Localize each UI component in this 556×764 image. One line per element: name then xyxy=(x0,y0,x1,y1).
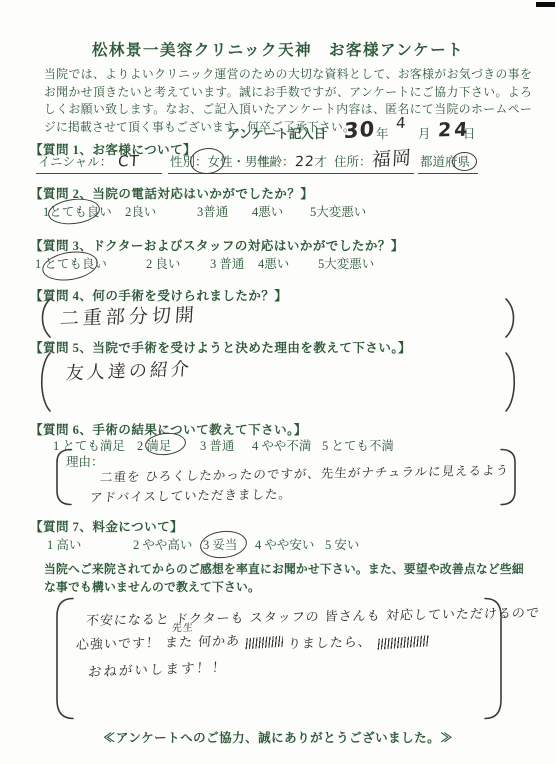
q4-left-bracket xyxy=(36,297,54,339)
q1-gender-female: 女性 xyxy=(208,155,233,169)
feedback-line2: 心強いです！ また 何かありましたら、 xyxy=(76,632,434,652)
q1-age-suffix: 才 xyxy=(314,155,327,169)
q6-reason-label: 理由： xyxy=(66,452,104,470)
feedback-line2-pre-handwriting: 心強いです！ また 何かあ xyxy=(75,630,240,653)
date-month-value: 4 xyxy=(395,114,407,132)
q7-option-1: 1 高い xyxy=(47,535,81,553)
q7-option-2: 2 やや高い xyxy=(133,535,192,553)
q5-right-bracket xyxy=(502,351,520,413)
feedback-line1-handwriting: 不安になると ドクターも スタッフの 皆さんも 対応していただけるので xyxy=(85,602,541,629)
q3-option-5: 5大変悪い xyxy=(318,254,374,272)
q2-heading: 【質問 2、当院の電話対応はいかがでしたか？】 xyxy=(30,184,313,202)
q3-option-2: 2 良い xyxy=(146,254,180,272)
q1-address-label: 住所： xyxy=(334,155,372,169)
q7-heading: 【質問 7、料金について】 xyxy=(30,517,183,535)
q5-left-bracket xyxy=(36,351,54,413)
q6-reason-line1-handwriting: 二重を ひろくしたかったのですが、先生がナチュラルに見えるよう xyxy=(99,460,510,485)
q7-options-row: 1 高い 2 やや高い 3 妥当 4 やや安い 5 安い xyxy=(0,535,556,557)
q6-option-5: 5 とても不満 xyxy=(322,436,394,454)
q1-age-value: 22 xyxy=(294,154,315,171)
q7-option-3: 3 妥当 xyxy=(203,535,237,553)
feedback-prompt: 当院へご来院されてからのご感想を率直にお聞かせ下さい。また、要望や改善点など些細… xyxy=(44,561,534,596)
q1-initial-value: CT xyxy=(112,151,155,170)
q3-heading: 【質問 3、ドクターおよびスタッフの対応はいかがでしたか？】 xyxy=(30,236,404,254)
q2-option-5: 5大変悪い xyxy=(310,202,366,220)
q1-pref-prefix: 都道府 xyxy=(420,155,458,169)
q2-option-2: 2良い xyxy=(125,202,156,220)
q1-address-value: 福岡 xyxy=(371,143,412,172)
date-day-suffix: 日 xyxy=(463,124,476,142)
feedback-strikethrough-scribble-1 xyxy=(245,636,284,650)
q3-options-row: 1 とても良い 2 良い 3 普通 4悪い 5大変悪い xyxy=(0,254,556,276)
q3-option-1: 1 とても良い xyxy=(35,254,107,272)
footer-thanks: ≪アンケートへのご協力、誠にありがとうございました。≫ xyxy=(0,728,556,746)
q2-option-4: 4悪い xyxy=(252,202,283,220)
q3-option-3: 3 普通 xyxy=(210,254,244,272)
q2-option-3: 3普通 xyxy=(197,202,228,220)
q6-option-2: 2 満足 xyxy=(137,436,171,454)
scan-corner-mark xyxy=(536,2,555,7)
q1-initial-label: イニシャル： xyxy=(38,155,112,169)
q1-fields-row: イニシャル：CT 性別：女性・男性 年齢：22才 住所： 福岡 都道府県 xyxy=(0,152,556,176)
date-label: アンケート記入日 xyxy=(227,124,326,142)
survey-scan-page: 松林景一美容クリニック天神 お客様アンケート 当院では、よりよいクリニック運営の… xyxy=(0,0,556,764)
q5-answer-handwriting: 友人達の紹介 xyxy=(65,355,193,385)
q1-pref-ken: 県 xyxy=(458,155,471,169)
q1-prefecture-field: 都道府県 xyxy=(418,152,478,174)
feedback-line3-handwriting: おねがいします！！ xyxy=(87,656,228,681)
q1-initial-field: イニシャル：CT xyxy=(36,152,162,174)
q4-answer-handwriting: 二重部分切開 xyxy=(59,300,199,331)
date-month-suffix: 月 xyxy=(418,124,431,142)
feedback-strikethrough-scribble-2 xyxy=(377,635,430,650)
date-year-suffix: 年 xyxy=(376,124,389,142)
q6-option-3: 3 普通 xyxy=(200,436,234,454)
q1-age-label: 年齢： xyxy=(257,155,295,169)
q1-age-field: 年齢：22才 xyxy=(255,152,335,174)
q5-heading: 【質問 5、当院で手術を受けようと決めた理由を教えて下さい。】 xyxy=(30,338,411,356)
q7-option-5: 5 安い xyxy=(325,535,359,553)
q6-option-4: 4 やや不満 xyxy=(252,436,311,454)
page-title: 松林景一美容クリニック天神 お客様アンケート xyxy=(0,38,556,60)
q1-gender-separator: ・ xyxy=(233,155,246,169)
q3-option-4: 4悪い xyxy=(258,254,289,272)
q6-reason-line2-handwriting: アドバイスしていただきました。 xyxy=(89,484,293,506)
q4-right-bracket xyxy=(502,297,520,339)
q7-option-4: 4 やや安い xyxy=(255,535,314,553)
feedback-left-bracket xyxy=(52,597,76,720)
q2-options-row: 1とても良い 2良い 3普通 4悪い 5大変悪い xyxy=(0,202,556,224)
q1-gender-label: 性別： xyxy=(170,155,208,169)
q2-option-1: 1とても良い xyxy=(43,202,112,220)
date-year-value: 30 xyxy=(344,117,376,143)
feedback-line2-mid-handwriting: りましたら、 xyxy=(288,631,373,652)
